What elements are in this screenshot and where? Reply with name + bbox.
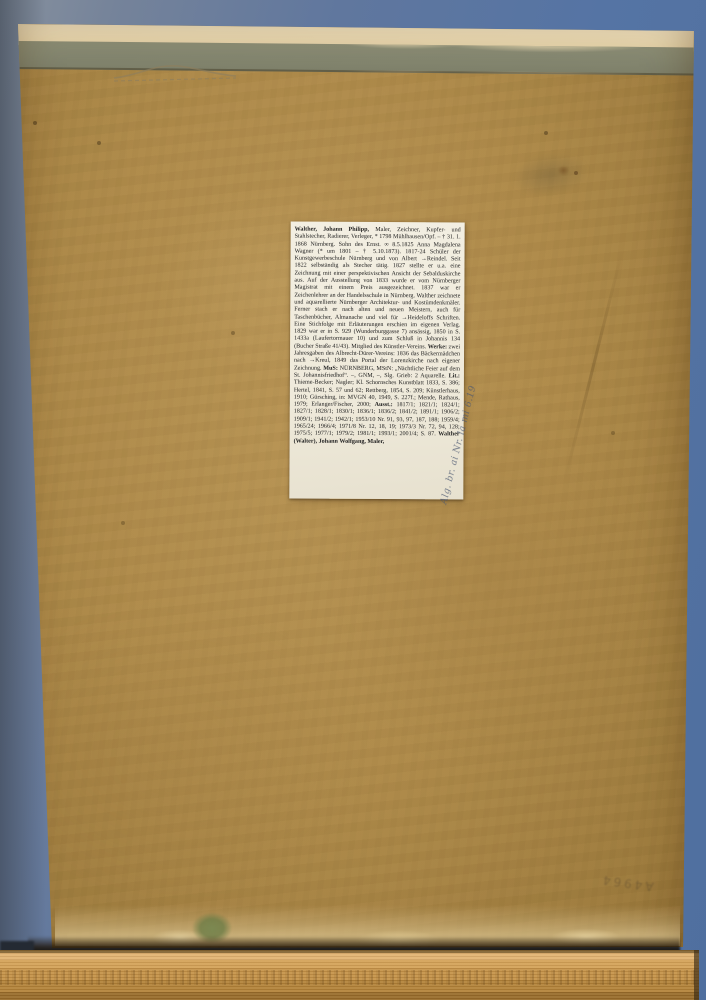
entry-headword: Walther, Johann Philipp, <box>295 227 369 233</box>
catalog-clipping: Walther, Johann Philipp, Maler, Zeichner… <box>289 222 464 500</box>
mus-heading: MuS: <box>323 365 338 371</box>
wood-grain-ticks <box>0 970 699 985</box>
entry-bio: Maler, Zeichner, Kupfer- und Stahlsteche… <box>294 227 461 350</box>
cardboard-backing: A4964 <box>0 0 706 1000</box>
ledge-right-edge <box>694 950 699 1000</box>
wooden-ledge <box>0 950 699 1000</box>
photo-artwork-back: A4964 Walther, Johann Philipp, Maler, Ze… <box>0 0 706 1000</box>
werke-heading: Werke: <box>428 344 447 350</box>
lit-heading: Lit.: <box>449 373 460 379</box>
ausst-heading: Ausst.: <box>375 402 393 408</box>
cardboard-edge-shading <box>0 0 706 1000</box>
label-text: Walther, Johann Philipp, Maler, Zeichner… <box>294 227 461 447</box>
